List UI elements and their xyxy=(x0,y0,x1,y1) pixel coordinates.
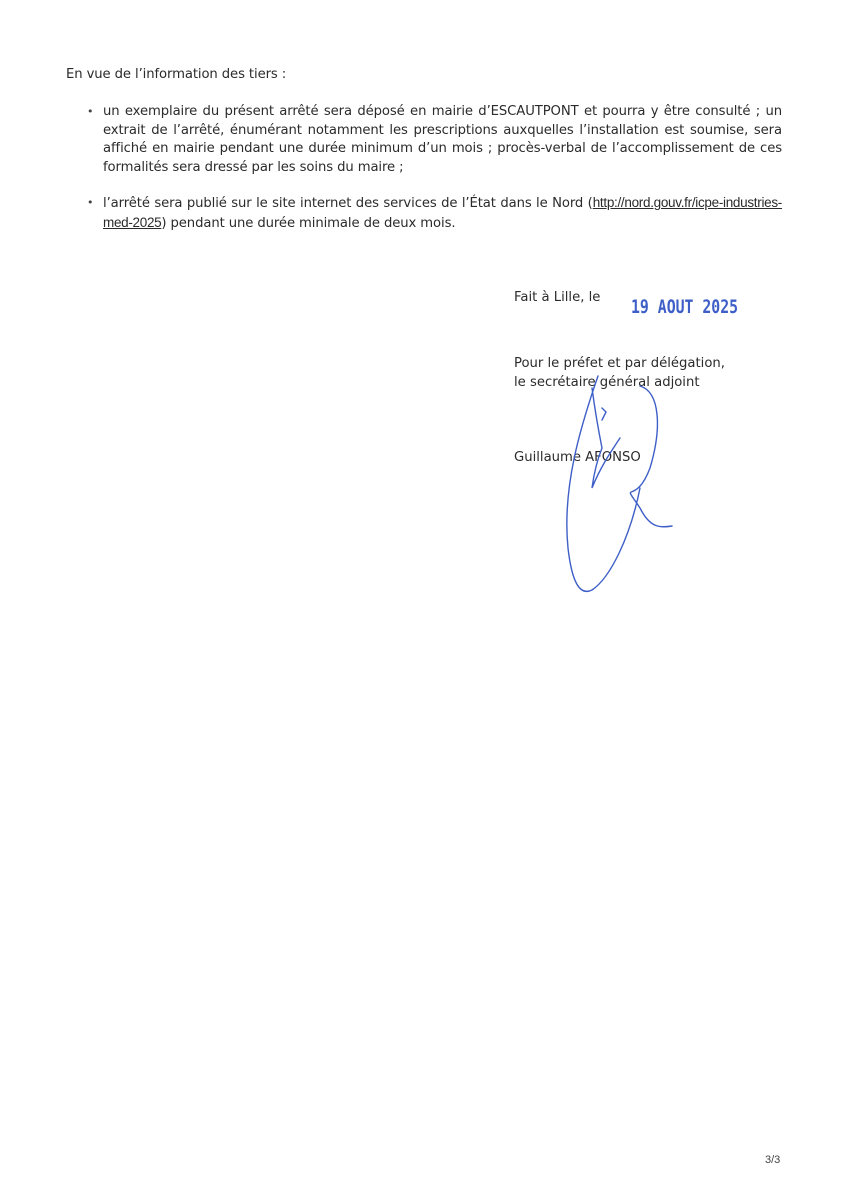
bullet-item-publication: l’arrêté sera publié sur le site interne… xyxy=(86,194,782,233)
bullet-item-posting: un exemplaire du présent arrêté sera dép… xyxy=(86,103,782,177)
handwritten-signature-icon xyxy=(540,368,700,608)
date-stamp: 19 AOUT 2025 xyxy=(631,296,738,318)
publication-text-before: l’arrêté sera publié sur le site interne… xyxy=(103,196,593,211)
publication-text-after: ) pendant une durée minimale de deux moi… xyxy=(161,216,455,231)
place-label: Fait à Lille, le xyxy=(514,290,600,305)
bullet-list: un exemplaire du présent arrêté sera dép… xyxy=(86,103,782,251)
document-page: En vue de l’information des tiers : un e… xyxy=(0,0,849,1200)
page-number: 3/3 xyxy=(765,1154,780,1166)
intro-heading: En vue de l’information des tiers : xyxy=(66,67,286,82)
